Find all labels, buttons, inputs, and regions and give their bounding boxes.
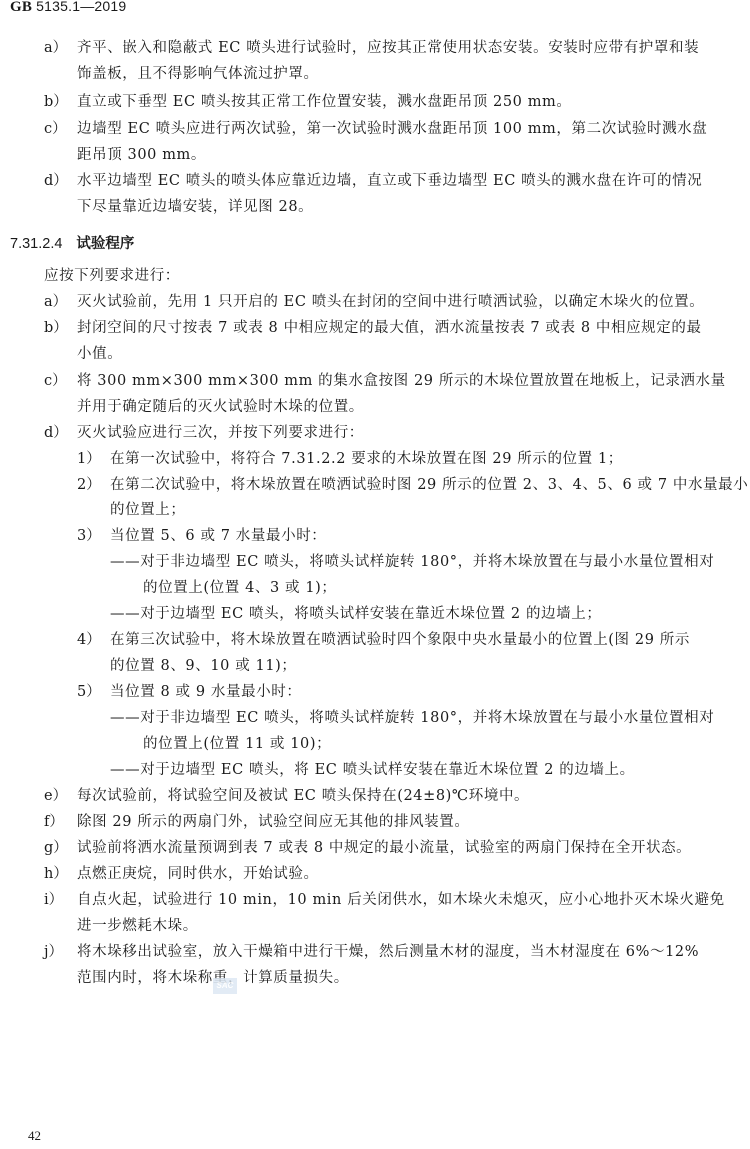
list-label: d）	[44, 171, 68, 191]
step-label: h）	[44, 864, 68, 884]
substep-text-cont: 的位置上；	[110, 500, 186, 520]
substep-text: 当位置 5、6 或 7 水量最小时：	[110, 526, 326, 546]
step-text-cont: 小值。	[77, 344, 122, 364]
step-label: g）	[44, 838, 68, 858]
standard-prefix: GB	[10, 0, 32, 15]
page-number: 42	[28, 1128, 41, 1144]
substep-text: 在第二次试验中，将木垛放置在喷洒试验时图 29 所示的位置 2、3、4、5、6 …	[110, 475, 748, 495]
step-label: i）	[44, 890, 63, 910]
step-text: 封闭空间的尺寸按表 7 或表 8 中相应规定的最大值，洒水流量按表 7 或表 8…	[77, 318, 702, 338]
dash-item-text-cont: 的位置上(位置 4、3 或 1)；	[143, 578, 337, 598]
list-item-text-cont: 距吊顶 300 mm。	[77, 145, 206, 165]
substep-text-cont: 的位置 8、9、10 或 11)；	[110, 656, 297, 676]
dash-item-text-cont: 的位置上(位置 11 或 10)；	[143, 734, 331, 754]
substep-label: 2）	[77, 475, 101, 495]
section-heading: 7.31.2.4试验程序	[10, 232, 134, 253]
dash-item-text: ——对于边墙型 EC 喷头，将 EC 喷头试样安装在靠近木垛位置 2 的边墙上。	[110, 760, 635, 780]
step-label: c）	[44, 371, 67, 391]
dash-item-text: ——对于非边墙型 EC 喷头，将喷头试样旋转 180°，并将木垛放置在与最小水量…	[110, 552, 714, 572]
step-text: 除图 29 所示的两扇门外，试验空间应无其他的排风装置。	[77, 812, 469, 832]
intro-text: 应按下列要求进行：	[44, 266, 180, 286]
list-item-text-cont: 下尽量靠近边墙安装，详见图 28。	[77, 197, 313, 217]
step-text: 每次试验前，将试验空间及被试 EC 喷头保持在(24±8)℃环境中。	[77, 786, 529, 806]
step-label: j）	[44, 942, 63, 962]
step-text: 点燃正庚烷，同时供水，开始试验。	[77, 864, 319, 884]
substep-label: 3）	[77, 526, 101, 546]
section-title: 试验程序	[76, 236, 134, 252]
list-item-text-cont: 饰盖板，且不得影响气体流过护罩。	[77, 64, 319, 84]
dash-item-text: ——对于非边墙型 EC 喷头，将喷头试样旋转 180°，并将木垛放置在与最小水量…	[110, 708, 714, 728]
substep-text: 在第一次试验中，将符合 7.31.2.2 要求的木垛放置在图 29 所示的位置 …	[110, 449, 623, 469]
standard-number: 5135.1—2019	[36, 0, 126, 14]
step-text: 灭火试验前，先用 1 只开启的 EC 喷头在封闭的空间中进行喷洒试验，以确定木垛…	[77, 292, 704, 312]
step-text: 将 300 mm×300 mm×300 mm 的集水盒按图 29 所示的木垛位置…	[77, 371, 726, 391]
step-text: 试验前将洒水流量预调到表 7 或表 8 中规定的最小流量，试验室的两扇门保持在全…	[77, 838, 691, 858]
list-item-text: 水平边墙型 EC 喷头的喷头体应靠近边墙，直立或下垂边墙型 EC 喷头的溅水盘在…	[77, 171, 702, 191]
step-label: b）	[44, 318, 68, 338]
step-label: f）	[44, 812, 64, 832]
list-item-text: 直立或下垂型 EC 喷头按其正常工作位置安装，溅水盘距吊顶 250 mm。	[77, 92, 572, 112]
list-label: b）	[44, 92, 68, 112]
sac-watermark-logo: SAC	[213, 978, 237, 994]
substep-label: 5）	[77, 682, 101, 702]
step-text: 将木垛移出试验室，放入干燥箱中进行干燥，然后测量木材的湿度，当木材湿度在 6%～…	[77, 942, 699, 962]
substep-label: 1）	[77, 449, 101, 469]
step-label: d）	[44, 423, 68, 443]
document-header: GB 5135.1—2019	[10, 0, 126, 16]
substep-label: 4）	[77, 630, 101, 650]
section-number: 7.31.2.4	[10, 236, 62, 252]
list-label: a）	[44, 38, 67, 58]
dash-item-text: ——对于边墙型 EC 喷头，将喷头试样安装在靠近木垛位置 2 的边墙上；	[110, 604, 601, 624]
step-label: a）	[44, 292, 67, 312]
step-label: e）	[44, 786, 67, 806]
step-text-cont: 进一步燃耗木垛。	[77, 916, 198, 936]
list-label: c）	[44, 119, 67, 139]
substep-text: 在第三次试验中，将木垛放置在喷洒试验时四个象限中央水量最小的位置上(图 29 所…	[110, 630, 690, 650]
step-text-cont: 并用于确定随后的灭火试验时木垛的位置。	[77, 397, 364, 417]
list-item-text: 齐平、嵌入和隐蔽式 EC 喷头进行试验时，应按其正常使用状态安装。安装时应带有护…	[77, 38, 699, 58]
list-item-text: 边墙型 EC 喷头应进行两次试验，第一次试验时溅水盘距吊顶 100 mm，第二次…	[77, 119, 707, 139]
step-text: 灭火试验应进行三次，并按下列要求进行：	[77, 423, 364, 443]
substep-text: 当位置 8 或 9 水量最小时：	[110, 682, 302, 702]
step-text: 自点火起，试验进行 10 min，10 min 后关闭供水，如木垛火未熄灭，应小…	[77, 890, 725, 910]
